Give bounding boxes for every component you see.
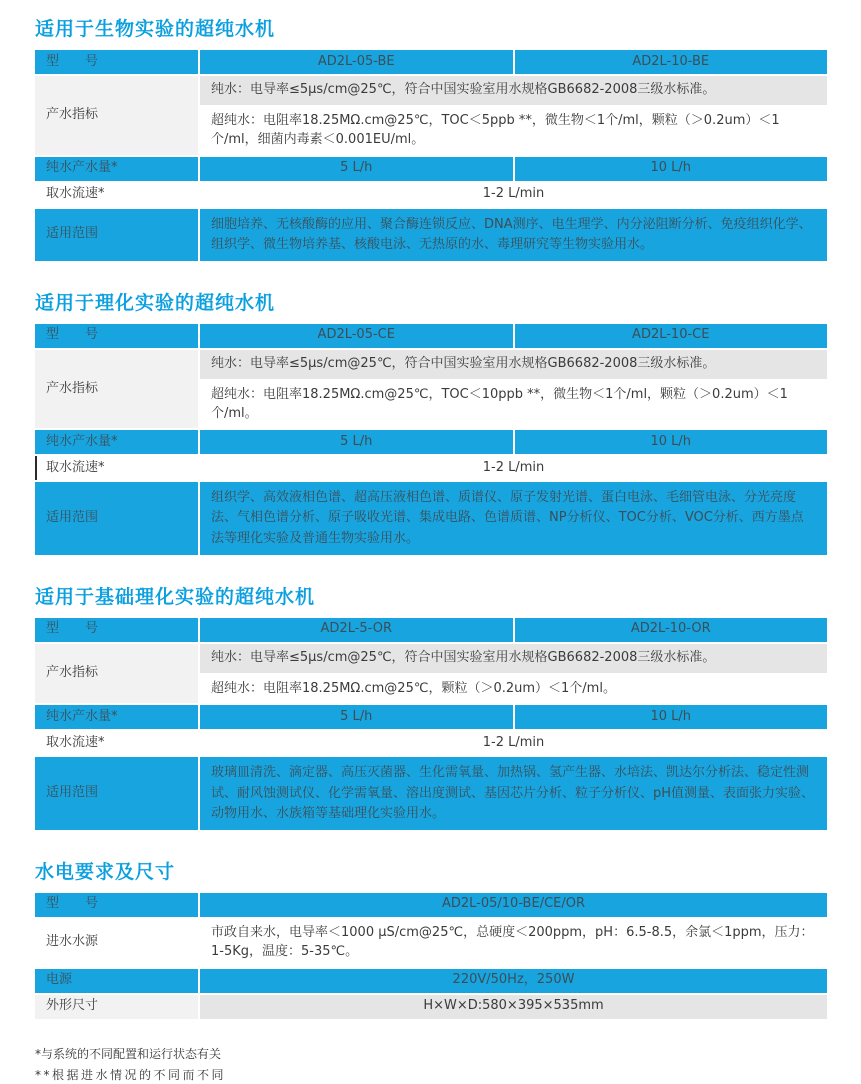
model-name: AD2L-05/10-BE/CE/OR [200,893,827,917]
capacity-label: 纯水产水量* [35,430,198,454]
scope-label: 适用范围 [35,757,198,829]
capacity-value: 5 L/h [200,157,513,181]
capacity-row: 纯水产水量* 5 L/h 10 L/h [35,430,827,454]
scope-text: 玻璃皿清洗、滴定器、高压灭菌器、生化需氧量、加热锅、氢产生器、水培法、凯达尔分析… [200,757,827,829]
section-phys-chem: 适用于理化实验的超纯水机 型 号 AD2L-05-CE AD2L-10-CE 产… [0,288,861,555]
scope-text: 组织学、高效液相色谱、超高压液相色谱、质谱仪、原子发射光谱、蛋白电泳、毛细管电泳… [200,482,827,554]
capacity-row: 纯水产水量* 5 L/h 10 L/h [35,157,827,181]
section-bio: 适用于生物实验的超纯水机 型 号 AD2L-05-BE AD2L-10-BE 产… [0,14,861,261]
flow-value: 1-2 L/min [200,456,827,480]
capacity-label: 纯水产水量* [35,157,198,181]
section-title: 适用于理化实验的超纯水机 [35,288,861,315]
ultrapure-water-spec: 超纯水：电阻率18.25MΩ.cm@25℃，TOC＜10ppb **，微生物＜1… [200,381,827,429]
section-utility-dimensions: 水电要求及尺寸 型 号 AD2L-05/10-BE/CE/OR 进水水源 市政自… [0,857,861,1019]
capacity-value: 10 L/h [515,705,828,729]
model-label: 型 号 [35,618,198,642]
footnote-1: *与系统的不同配置和运行状态有关 [35,1046,861,1063]
ultrapure-water-spec: 超纯水：电阻率18.25MΩ.cm@25℃，TOC＜5ppb **，微生物＜1个… [200,107,827,155]
spec-table-bio: 型 号 AD2L-05-BE AD2L-10-BE 产水指标 纯水：电导率≤5μ… [35,50,827,261]
spec-label: 产水指标 [35,350,198,429]
model-header-row: 型 号 AD2L-05-CE AD2L-10-CE [35,324,827,348]
power-label: 电源 [35,969,198,993]
capacity-value: 5 L/h [200,705,513,729]
spec-sheet-page: 适用于生物实验的超纯水机 型 号 AD2L-05-BE AD2L-10-BE 产… [0,0,861,1084]
dimensions-value: H×W×D:580×395×535mm [200,995,827,1019]
section-title: 水电要求及尺寸 [35,857,861,884]
capacity-label: 纯水产水量* [35,705,198,729]
footnote-2: **根据进水情况的不同而不同 [35,1067,861,1084]
flow-row: 取水流速* 1-2 L/min [35,731,827,755]
model-header-row: 型 号 AD2L-5-OR AD2L-10-OR [35,618,827,642]
capacity-value: 10 L/h [515,430,828,454]
model-label: 型 号 [35,50,198,74]
spec-table-basic: 型 号 AD2L-5-OR AD2L-10-OR 产水指标 纯水：电导率≤5μs… [35,618,827,830]
spec-label: 产水指标 [35,644,198,704]
flow-row: 取水流速* 1-2 L/min [35,183,827,207]
scope-row: 适用范围 细胞培养、无核酸酶的应用、聚合酶连锁反应、DNA测序、电生理学、内分泌… [35,209,827,261]
flow-label: 取水流速* [35,456,198,480]
model-label: 型 号 [35,324,198,348]
feed-water-text: 市政自来水，电导率＜1000 μS/cm@25℃，总硬度＜200ppm，pH：6… [200,919,827,967]
footnotes: *与系统的不同配置和运行状态有关 **根据进水情况的不同而不同 [35,1046,861,1084]
power-value: 220V/50Hz，250W [200,969,827,993]
capacity-row: 纯水产水量* 5 L/h 10 L/h [35,705,827,729]
pure-water-spec: 纯水：电导率≤5μs/cm@25℃，符合中国实验室用水规格GB6682-2008… [200,350,827,379]
spec-row: 产水指标 纯水：电导率≤5μs/cm@25℃，符合中国实验室用水规格GB6682… [35,76,827,155]
model-header-row: 型 号 AD2L-05/10-BE/CE/OR [35,893,827,917]
pure-water-spec: 纯水：电导率≤5μs/cm@25℃，符合中国实验室用水规格GB6682-2008… [200,76,827,105]
model-name: AD2L-05-CE [200,324,513,348]
flow-row: 取水流速* 1-2 L/min [35,456,827,480]
model-name: AD2L-10-BE [515,50,828,74]
model-name: AD2L-10-CE [515,324,828,348]
model-name: AD2L-10-OR [515,618,828,642]
model-header-row: 型 号 AD2L-05-BE AD2L-10-BE [35,50,827,74]
model-name: AD2L-05-BE [200,50,513,74]
spec-table-phys-chem: 型 号 AD2L-05-CE AD2L-10-CE 产水指标 纯水：电导率≤5μ… [35,324,827,555]
scope-label: 适用范围 [35,209,198,261]
scope-row: 适用范围 组织学、高效液相色谱、超高压液相色谱、质谱仪、原子发射光谱、蛋白电泳、… [35,482,827,554]
dimensions-label: 外形尺寸 [35,995,198,1019]
section-title: 适用于生物实验的超纯水机 [35,14,861,41]
flow-label: 取水流速* [35,731,198,755]
model-name: AD2L-5-OR [200,618,513,642]
pure-water-spec: 纯水：电导率≤5μs/cm@25℃，符合中国实验室用水规格GB6682-2008… [200,644,827,673]
utility-table: 型 号 AD2L-05/10-BE/CE/OR 进水水源 市政自来水，电导率＜1… [35,893,827,1019]
spec-row: 产水指标 纯水：电导率≤5μs/cm@25℃，符合中国实验室用水规格GB6682… [35,644,827,704]
section-basic-phys-chem: 适用于基础理化实验的超纯水机 型 号 AD2L-5-OR AD2L-10-OR … [0,582,861,830]
feed-water-row: 进水水源 市政自来水，电导率＜1000 μS/cm@25℃，总硬度＜200ppm… [35,919,827,967]
spec-row: 产水指标 纯水：电导率≤5μs/cm@25℃，符合中国实验室用水规格GB6682… [35,350,827,429]
scope-label: 适用范围 [35,482,198,554]
capacity-value: 5 L/h [200,430,513,454]
dimensions-row: 外形尺寸 H×W×D:580×395×535mm [35,995,827,1019]
capacity-value: 10 L/h [515,157,828,181]
flow-value: 1-2 L/min [200,731,827,755]
scope-text: 细胞培养、无核酸酶的应用、聚合酶连锁反应、DNA测序、电生理学、内分泌阻断分析、… [200,209,827,261]
ultrapure-water-spec: 超纯水：电阻率18.25MΩ.cm@25℃，颗粒（＞0.2um）＜1个/ml。 [200,675,827,704]
section-title: 适用于基础理化实验的超纯水机 [35,582,861,609]
model-label: 型 号 [35,893,198,917]
spec-label: 产水指标 [35,76,198,155]
feed-water-label: 进水水源 [35,919,198,967]
flow-value: 1-2 L/min [200,183,827,207]
power-row: 电源 220V/50Hz，250W [35,969,827,993]
flow-label: 取水流速* [35,183,198,207]
scope-row: 适用范围 玻璃皿清洗、滴定器、高压灭菌器、生化需氧量、加热锅、氢产生器、水培法、… [35,757,827,829]
